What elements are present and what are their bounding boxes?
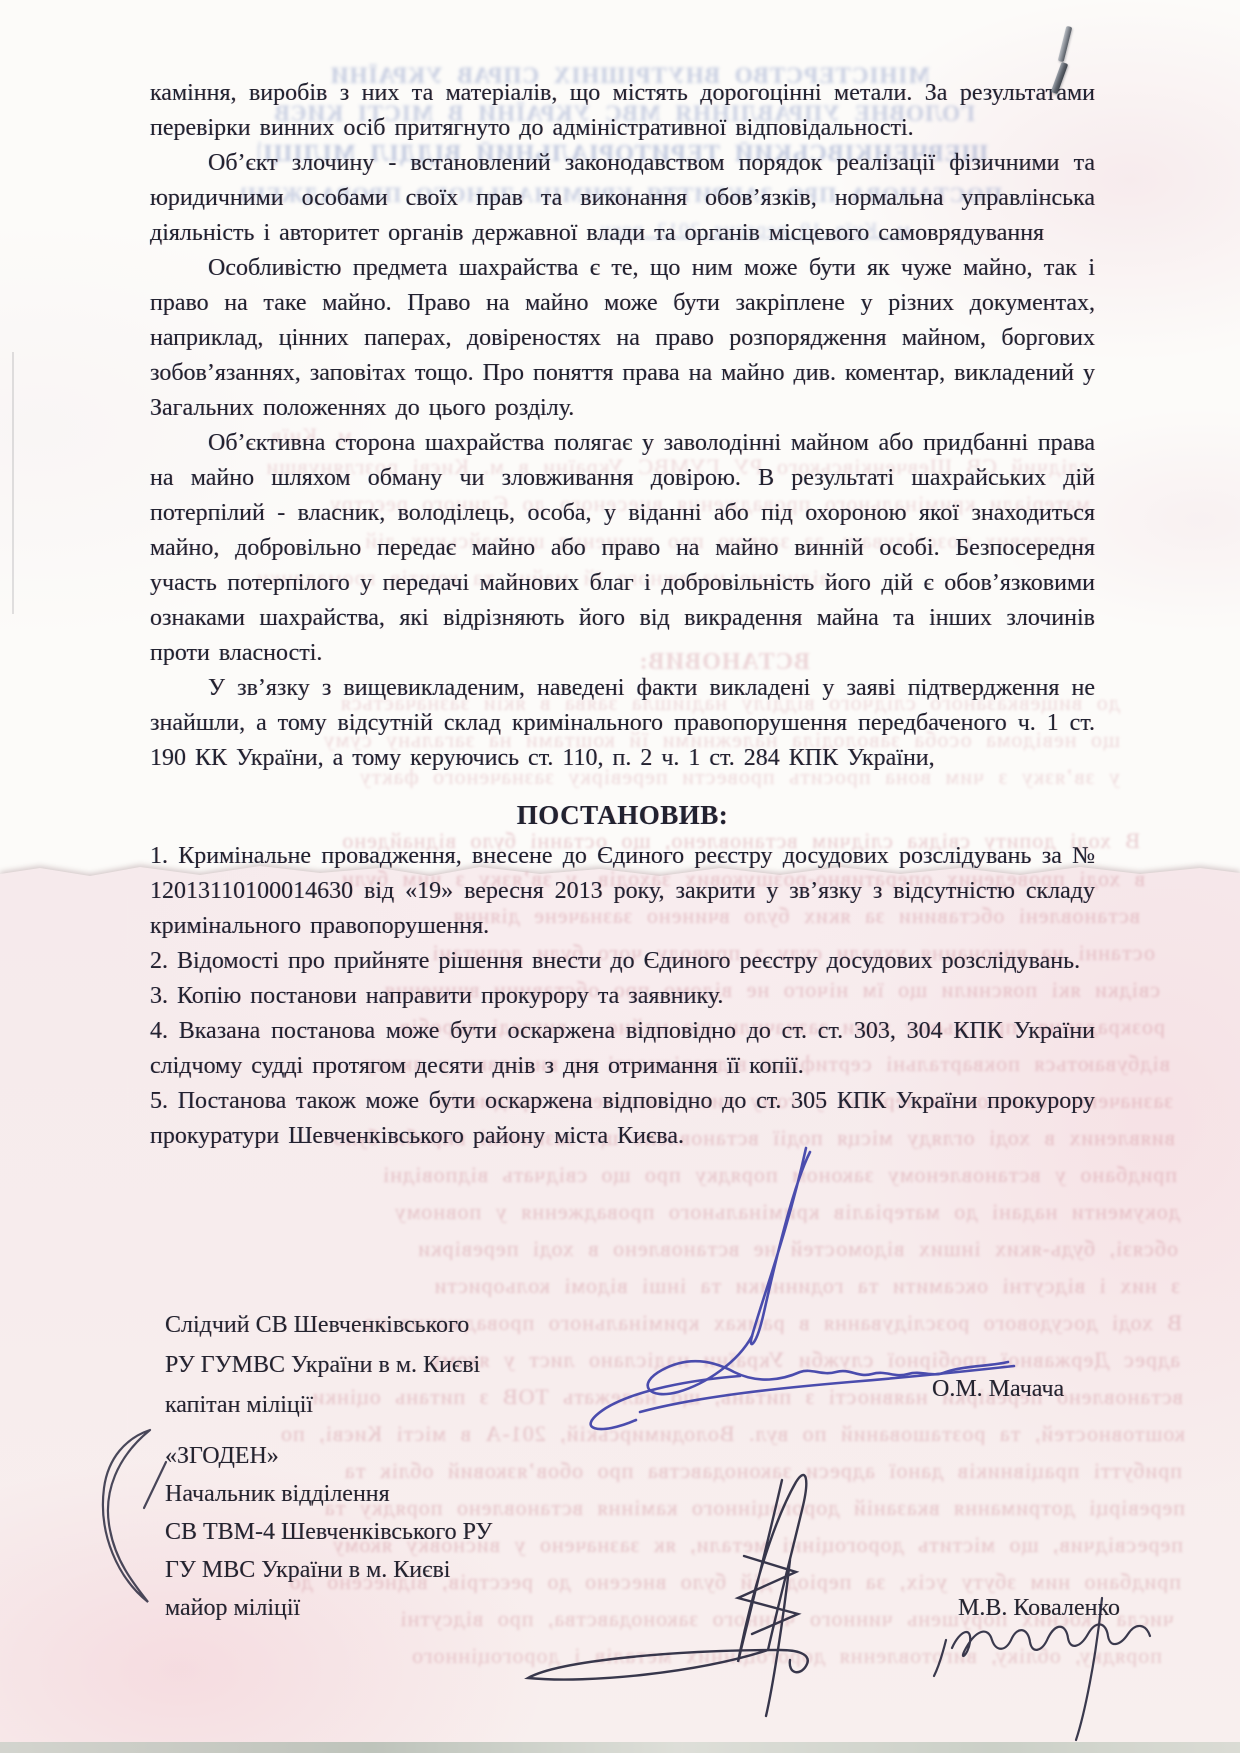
chief-name: М.В. Коваленко — [958, 1595, 1120, 1622]
approval-label: «ЗГОДЕН» — [165, 1443, 279, 1470]
investigator-name: О.М. Мачача — [932, 1376, 1064, 1403]
resolution-item: 4. Вказана постанова може бути оскаржена… — [150, 1014, 1095, 1084]
scanned-document-page: МІНІСТЕРСТВО ВНУТРІШНІХ СПРАВ УКРАЇНИГОЛ… — [0, 0, 1240, 1753]
chief-role-line: СВ ТВМ-4 Шевченківського РУ — [165, 1519, 492, 1546]
body-paragraph: Об’єкт злочину - встановлений законодавс… — [150, 146, 1095, 251]
resolution-item: 3. Копію постанови направити прокурору т… — [150, 979, 1095, 1014]
investigator-role-line: капітан міліції — [165, 1392, 313, 1419]
scanner-edge-artifact — [0, 1742, 1240, 1753]
body-paragraph: Особливістю предмета шахрайства є те, що… — [150, 251, 1095, 426]
resolution-item: 2. Відомості про прийняте рішення внести… — [150, 944, 1095, 979]
document-body: каміння, виробів з них та матеріалів, що… — [150, 76, 1095, 1154]
resolution-item: 5. Постанова також може бути оскаржена в… — [150, 1084, 1095, 1154]
resolution-heading: ПОСТАНОВИВ: — [150, 798, 1095, 833]
chief-role-line: Начальник відділення — [165, 1481, 390, 1508]
chief-role-line: майор міліції — [165, 1595, 300, 1622]
body-paragraph: Об’єктивна сторона шахрайства полягає у … — [150, 426, 1095, 671]
scan-artifact-line — [12, 352, 14, 614]
investigator-role-line: РУ ГУМВС України в м. Києві — [165, 1352, 480, 1379]
resolution-item: 1. Кримінальне провадження, внесене до Є… — [150, 839, 1095, 944]
body-paragraph: каміння, виробів з них та матеріалів, що… — [150, 76, 1095, 146]
body-paragraph: У зв’язку з вищевикладеним, наведені фак… — [150, 671, 1095, 776]
investigator-role-line: Слідчий СВ Шевченківського — [165, 1312, 469, 1339]
chief-role-line: ГУ МВС України в м. Києві — [165, 1557, 450, 1584]
